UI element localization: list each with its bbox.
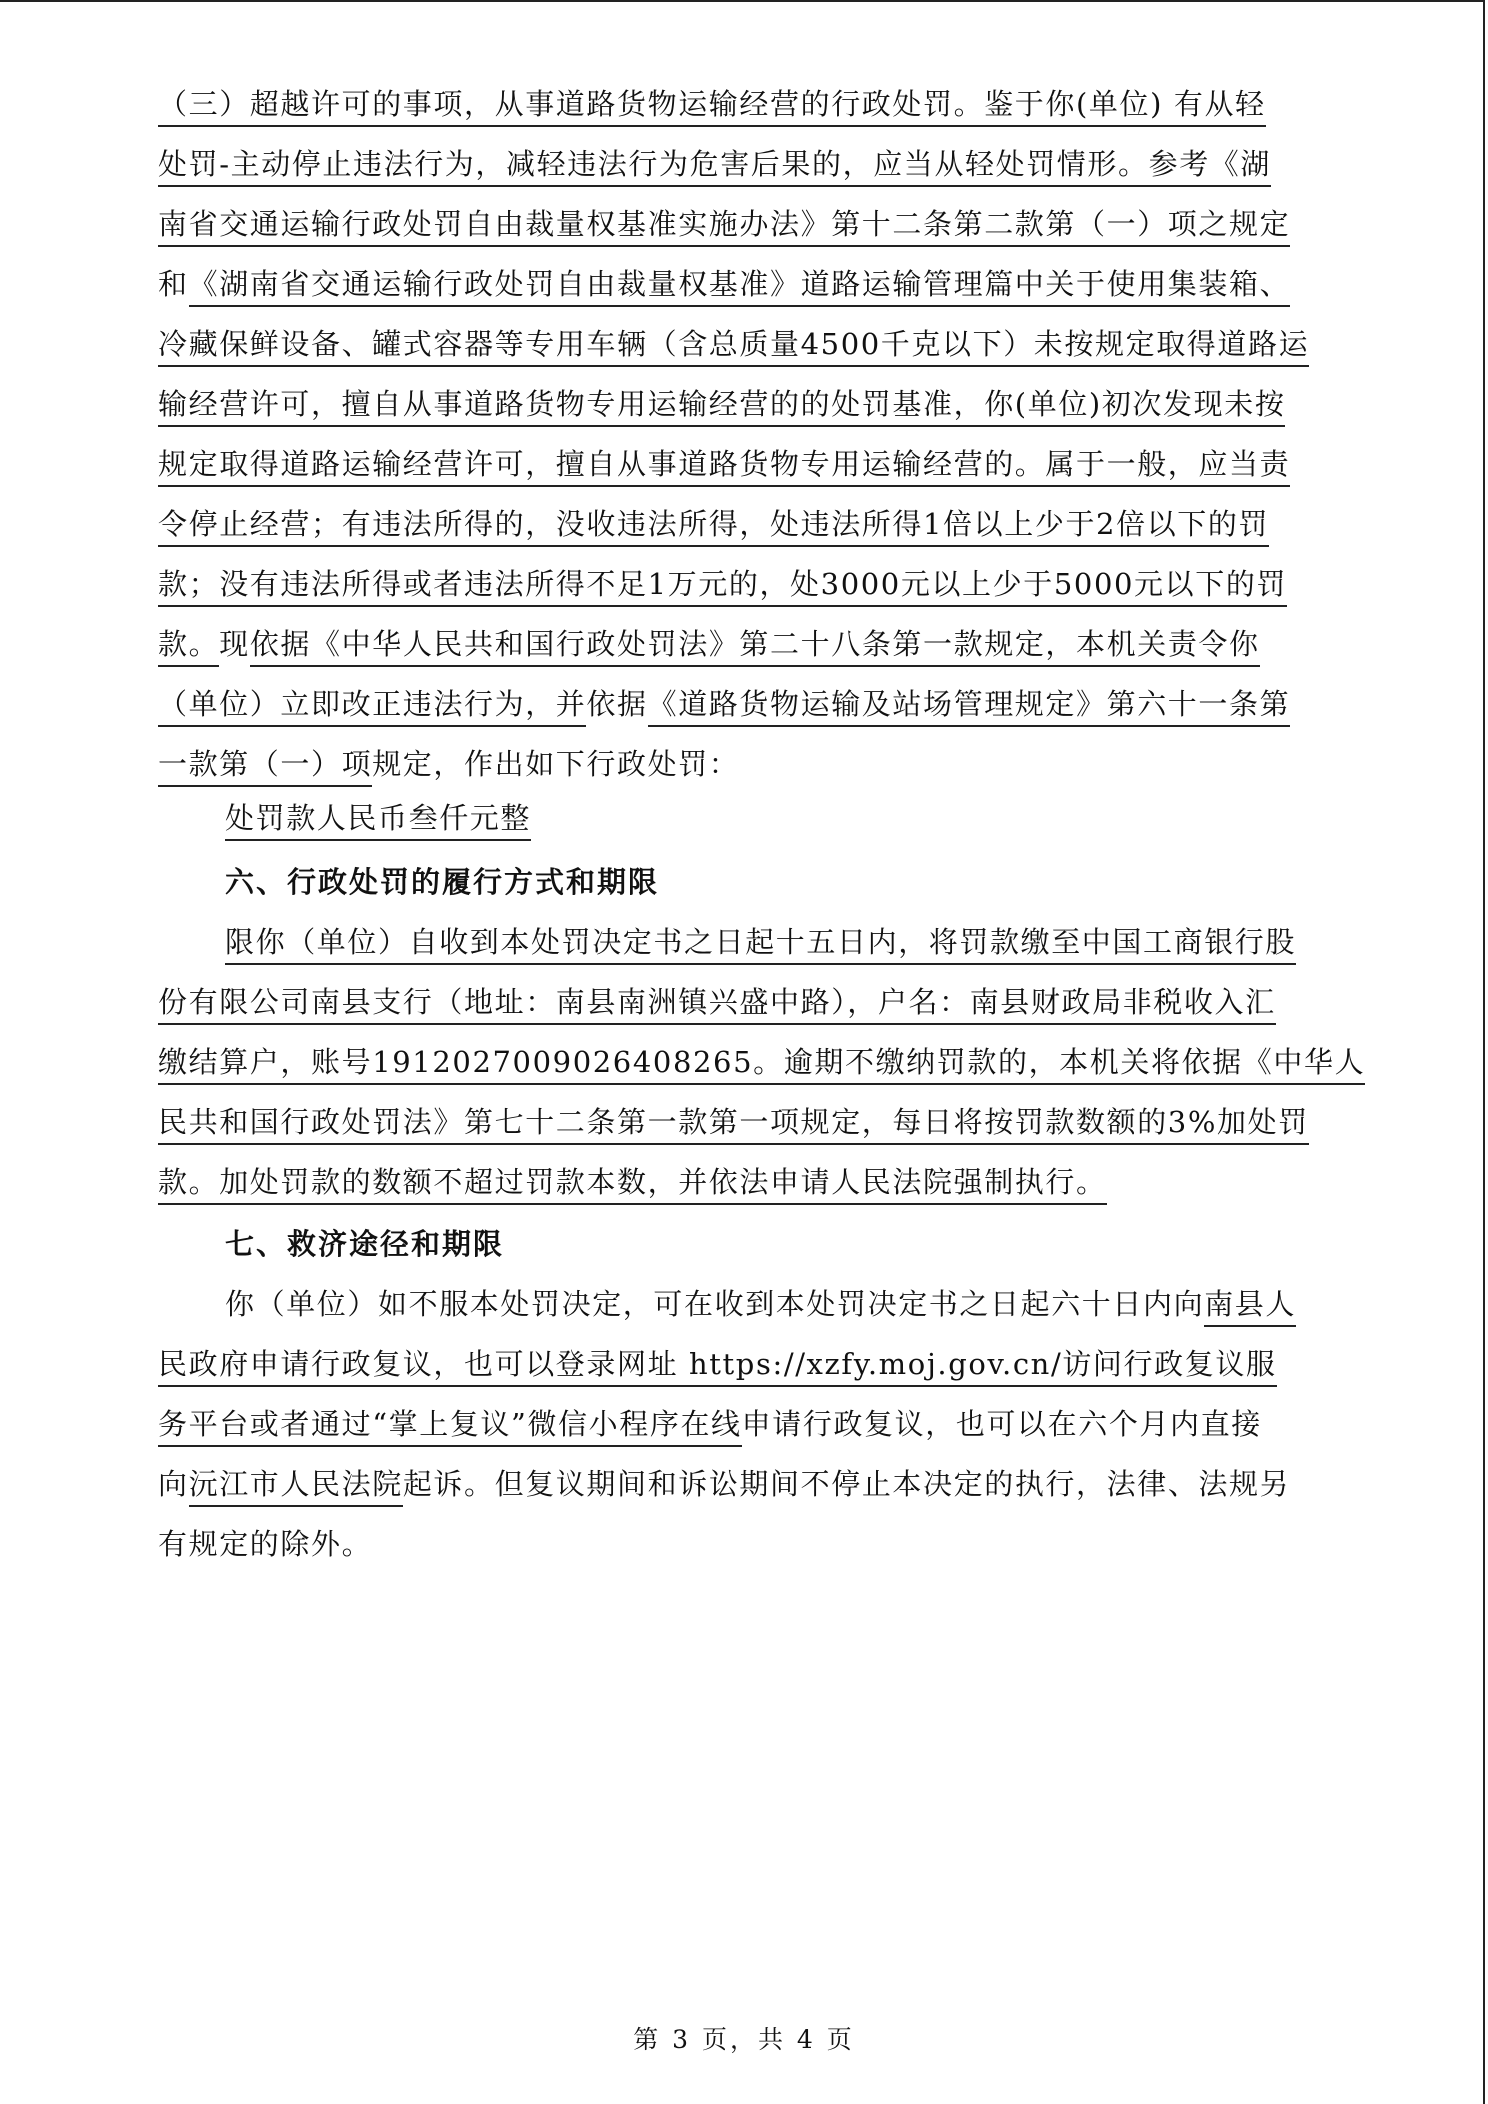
underlined-text: 款。	[158, 626, 219, 667]
underlined-text: 款；没有违法所得或者违法所得不足1万元的，处3000元以上少于5000元以下的罚	[158, 566, 1287, 607]
section7-heading: 七、救济途径和期限	[225, 1224, 504, 1264]
paragraph-line: 处罚-主动停止违法行为，减轻违法行为危害后果的，应当从轻处罚情形。参考《湖	[158, 144, 1271, 184]
paragraph-line: 冷藏保鲜设备、罐式容器等专用车辆（含总质量4500千克以下）未按规定取得道路运	[158, 324, 1309, 364]
section6-line: 款。加处罚款的数额不超过罚款本数，并依法申请人民法院强制执行。	[158, 1162, 1107, 1202]
underlined-text: 南省交通运输行政处罚自由裁量权基准实施办法》第十二条第二款第（一）项之规定	[158, 206, 1290, 247]
underlined-text: 一款第（一）项	[158, 746, 372, 787]
underlined-text: （单位）立即改正违法行为，并	[158, 686, 586, 727]
document-page: （三）超越许可的事项，从事道路货物运输经营的行政处罚。鉴于你(单位) 有从轻处罚…	[0, 0, 1485, 2104]
section7-line: 务平台或者通过“掌上复议”微信小程序在线申请行政复议，也可以在六个月内直接	[158, 1404, 1262, 1444]
plain-text: 和	[158, 267, 189, 301]
section6-line: 民共和国行政处罚法》第七十二条第一款第一项规定，每日将按罚款数额的3%加处罚	[158, 1102, 1309, 1142]
penalty-amount-line: 处罚款人民币叁仟元整	[225, 798, 531, 838]
paragraph-line: （三）超越许可的事项，从事道路货物运输经营的行政处罚。鉴于你(单位) 有从轻	[158, 84, 1266, 124]
paragraph-line: 和《湖南省交通运输行政处罚自由裁量权基准》道路运输管理篇中关于使用集装箱、	[158, 264, 1290, 304]
underlined-text: 处罚-主动停止违法行为，减轻违法行为危害后果的，应当从轻处罚情形。参考《湖	[158, 146, 1271, 187]
underlined-text: 《湖南省交通运输行政处罚自由裁量权基准》道路运输管理篇中关于使用集装箱、	[189, 266, 1291, 307]
section7-line: 有规定的除外。	[158, 1524, 372, 1564]
plain-text: 现	[219, 627, 250, 661]
page-number-footer: 第 3 页，共 4 页	[0, 2020, 1488, 2056]
underlined-text: 依据《中华人民共和国行政处罚法》第二十八条第一款规定，本机关责令你	[250, 626, 1260, 667]
section6-line-account: 缴结算户，账号19120270090264082​65。逾期不缴纳罚款的，本机关…	[158, 1042, 1365, 1082]
paragraph-line: 令停止经营；有违法所得的，没收违法所得，处违法所得1倍以上少于2倍以下的罚	[158, 504, 1269, 544]
paragraph-line: 一款第（一）项规定，作出如下行政处罚：	[158, 744, 739, 784]
paragraph-line: 输经营许可，擅自从事道路货物专用运输经营的的处罚基准，你(单位)初次发现未按	[158, 384, 1285, 424]
underlined-text: 规定取得道路运输经营许可，擅自从事道路货物专用运输经营的。属于一般，应当责	[158, 446, 1290, 487]
paragraph-line: 款。现依据《中华人民共和国行政处罚法》第二十八条第一款规定，本机关责令你	[158, 624, 1260, 664]
section6-line: 份有限公司南县支行（地址：南县南洲镇兴盛中路），户名：南县财政局非税收入汇	[158, 982, 1276, 1022]
underlined-text: 令停止经营；有违法所得的，没收违法所得，处违法所得1倍以上少于2倍以下的罚	[158, 506, 1269, 547]
section7-line: 向沅江市人民法院起诉。但复议期间和诉讼期间不停止本决定的执行，法律、法规另	[158, 1464, 1290, 1504]
plain-text: 规定，作出如下行政处罚：	[372, 747, 739, 781]
penalty-amount: 处罚款人民币叁仟元整	[225, 800, 531, 841]
plain-text: 依据	[586, 687, 647, 721]
section6-heading: 六、行政处罚的履行方式和期限	[225, 862, 659, 902]
underlined-text: 《道路货物运输及站场管理规定》第六十一条第	[648, 686, 1291, 727]
paragraph-line: 规定取得道路运输经营许可，擅自从事道路货物专用运输经营的。属于一般，应当责	[158, 444, 1290, 484]
paragraph-line: 款；没有违法所得或者违法所得不足1万元的，处3000元以上少于5000元以下的罚	[158, 564, 1287, 604]
paragraph-line: 南省交通运输行政处罚自由裁量权基准实施办法》第十二条第二款第（一）项之规定	[158, 204, 1290, 244]
paragraph-line: （单位）立即改正违法行为，并依据《道路货物运输及站场管理规定》第六十一条第	[158, 684, 1290, 724]
underlined-text: 冷藏保鲜设备、罐式容器等专用车辆（含总质量4500千克以下）未按规定取得道路运	[158, 326, 1309, 367]
underlined-text: （三）超越许可的事项，从事道路货物运输经营的行政处罚。鉴于你(单位) 有从轻	[158, 86, 1266, 127]
review-authority: 南县人	[1204, 1286, 1296, 1327]
section7-line-url: 民政府申请行政复议，也可以登录网址 https://xzfy.moj.gov.c…	[158, 1344, 1277, 1384]
court-name: 沅江市人民法院	[189, 1466, 403, 1507]
review-url-text: 民政府申请行政复议，也可以登录网址 https://xzfy.moj.gov.c…	[158, 1346, 1277, 1387]
section7-line: 你（单位）如不服本处罚决定，可在收到本处罚决定书之日起六十日内向南县人	[225, 1284, 1296, 1324]
underlined-text: 输经营许可，擅自从事道路货物专用运输经营的的处罚基准，你(单位)初次发现未按	[158, 386, 1285, 427]
section6-line: 限你（单位）自收到本处罚决定书之日起十五日内，将罚款缴至中国工商银行股	[225, 922, 1296, 962]
